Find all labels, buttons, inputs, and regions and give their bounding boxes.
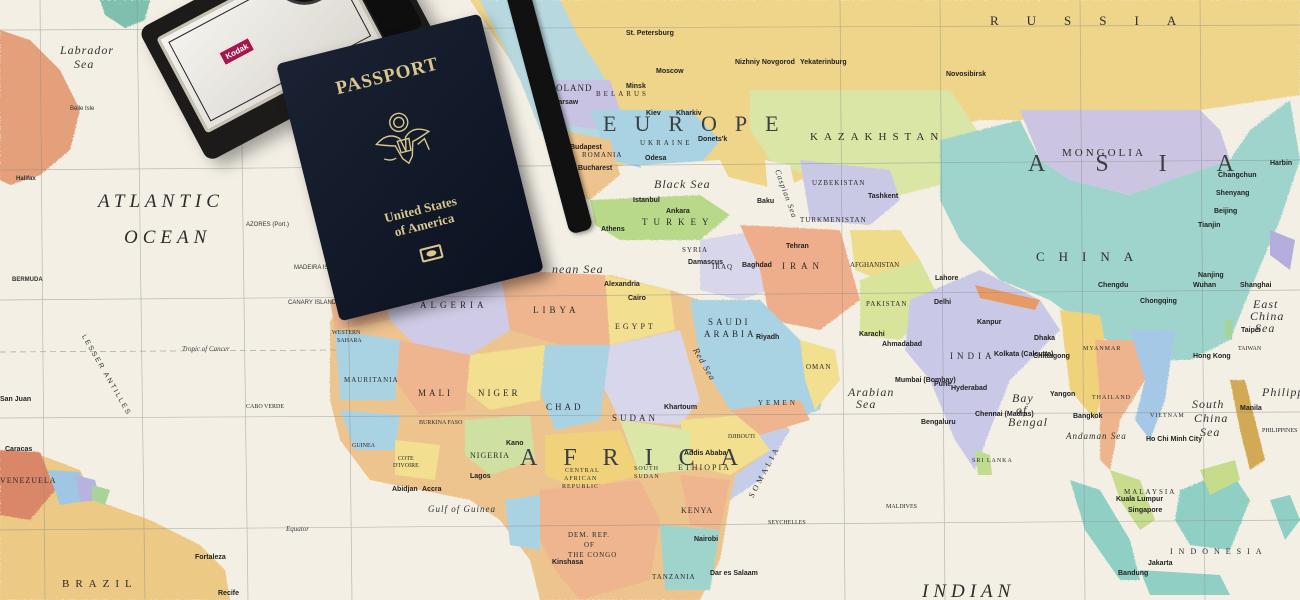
- country-burkina-faso: BURKINA FASO: [419, 420, 462, 426]
- city-chittagong: Chittagong: [1033, 353, 1070, 360]
- country-romania: ROMANIA: [582, 152, 622, 159]
- labrador-sea-label-2: Sea: [74, 58, 94, 70]
- city-karachi: Karachi: [859, 331, 885, 338]
- atlantic-ocean-label: ATLANTIC: [98, 192, 224, 211]
- country-china: CHINA: [1036, 250, 1147, 263]
- city-shanghai: Shanghai: [1240, 282, 1272, 289]
- city-chongqing: Chongqing: [1140, 298, 1177, 305]
- city-nanjing: Nanjing: [1198, 272, 1224, 279]
- city-kanpur: Kanpur: [977, 319, 1002, 326]
- city-lahore: Lahore: [935, 275, 958, 282]
- city-addis-ababa: Addis Ababa: [684, 450, 727, 457]
- city-recife: Recife: [218, 590, 239, 597]
- city-odesa: Odesa: [645, 155, 666, 162]
- country-drc-3: THE CONGO: [568, 552, 617, 559]
- country-car-3: REPUBLIC: [562, 484, 599, 490]
- city-beijing: Beijing: [1214, 208, 1237, 215]
- country-djibouti: DJIBOUTI: [728, 434, 755, 440]
- city-nairobi: Nairobi: [694, 536, 718, 543]
- city-bengaluru: Bengaluru: [921, 419, 956, 426]
- philippine-sea-label: Philipp: [1262, 386, 1300, 398]
- south-china-sea-label-3: Sea: [1200, 426, 1220, 438]
- city-budapest: Budapest: [570, 144, 602, 151]
- city-khartoum: Khartoum: [664, 404, 697, 411]
- country-seychelles: SEYCHELLES: [768, 520, 806, 526]
- country-pakistan: PAKISTAN: [866, 301, 907, 308]
- arabian-sea-label-2: Sea: [856, 398, 876, 410]
- city-moscow: Moscow: [656, 68, 684, 75]
- gulf-of-guinea-label: Gulf of Guinea: [428, 505, 496, 514]
- country-saudi-arabia-2: ARABIA: [704, 330, 757, 339]
- equator-label: Equator: [286, 526, 309, 533]
- azores-label: AZORES (Port.): [246, 222, 289, 228]
- atlantic-ocean-label-2: OCEAN: [124, 228, 211, 247]
- country-cote-divoire: COTE: [398, 456, 414, 462]
- city-istanbul: Istanbul: [633, 197, 660, 204]
- belle-isle-label: Belle Isle: [70, 106, 94, 112]
- mediterranean-sea-label: nean Sea: [552, 263, 604, 275]
- country-sri-lanka: SRI LANKA: [972, 458, 1013, 464]
- city-st-petersburg: St. Petersburg: [626, 30, 674, 37]
- city-kharkiv: Kharkiv: [676, 110, 702, 117]
- city-fortaleza: Fortaleza: [195, 554, 226, 561]
- city-singapore: Singapore: [1128, 507, 1162, 514]
- city-ankara: Ankara: [666, 208, 690, 215]
- city-kano: Kano: [506, 440, 524, 447]
- passport-country: United States of America: [317, 177, 529, 259]
- country-south-sudan-2: SUDAN: [634, 474, 660, 480]
- country-malaysia: MALAYSIA: [1124, 489, 1176, 496]
- south-china-sea-label: South: [1192, 398, 1224, 410]
- city-harbin: Harbin: [1270, 160, 1292, 167]
- city-nizhniy-novgorod: Nizhniy Novgorod: [735, 59, 795, 66]
- country-western-sahara-2: SAHARA: [337, 338, 362, 344]
- city-dhaka: Dhaka: [1034, 335, 1055, 342]
- map-photo: ATLANTIC OCEAN INDIAN Labrador Sea Black…: [0, 0, 1300, 600]
- country-western-sahara: WESTERN: [332, 330, 360, 336]
- country-cabo-verde: CABO VERDE: [246, 404, 284, 410]
- country-yemen: YEMEN: [758, 400, 798, 407]
- country-sudan: SUDAN: [612, 414, 658, 423]
- city-bucharest: Bucharest: [578, 165, 612, 172]
- andaman-sea-label: Andaman Sea: [1066, 432, 1127, 441]
- city-abidjan: Abidjan: [392, 486, 418, 493]
- city-yekaterinburg: Yekaterinburg: [800, 59, 847, 66]
- city-chengdu: Chengdu: [1098, 282, 1128, 289]
- country-philippines: PHILIPPINES: [1262, 428, 1297, 434]
- country-syria: SYRIA: [682, 247, 708, 254]
- city-tianjin: Tianjin: [1198, 222, 1220, 229]
- country-mongolia: MONGOLIA: [1062, 148, 1146, 159]
- country-ukraine: UKRAINE: [640, 140, 693, 147]
- city-novosibirsk: Novosibirsk: [946, 71, 986, 78]
- city-yangon: Yangon: [1050, 391, 1075, 398]
- country-niger: NIGER: [478, 389, 521, 398]
- country-cote-divoire-2: D'IVOIRE: [393, 463, 419, 469]
- city-shenyang: Shenyang: [1216, 190, 1249, 197]
- country-saudi-arabia: SAUDI: [708, 318, 751, 327]
- eagle-seal-icon: [363, 101, 443, 181]
- city-lagos: Lagos: [470, 473, 491, 480]
- country-uzbekistan: UZBEKISTAN: [812, 180, 865, 187]
- black-sea-label: Black Sea: [654, 178, 711, 190]
- country-russia: RUSSIA: [990, 14, 1204, 27]
- country-car: CENTRAL: [565, 468, 600, 474]
- city-kinshasa: Kinshasa: [552, 559, 583, 566]
- city-delhi: Delhi: [934, 299, 951, 306]
- city-cairo: Cairo: [628, 295, 646, 302]
- city-baku: Baku: [757, 198, 774, 205]
- country-mauritania: MAURITANIA: [344, 377, 399, 384]
- country-turkmenistan: TURKMENISTAN: [800, 217, 867, 224]
- country-mali: MALI: [418, 389, 453, 398]
- city-donetsk: Donets'k: [698, 136, 727, 143]
- country-chad: CHAD: [546, 403, 584, 412]
- city-tehran: Tehran: [786, 243, 809, 250]
- country-venezuela: VENEZUELA: [0, 477, 57, 485]
- country-south-sudan: SOUTH: [634, 466, 659, 472]
- country-thailand: THAILAND: [1092, 395, 1131, 401]
- country-indonesia: INDONESIA: [1170, 548, 1268, 556]
- labrador-sea-label: Labrador: [60, 44, 114, 56]
- indian-ocean-label: INDIAN: [922, 582, 1015, 600]
- city-san-juan: San Juan: [0, 396, 31, 403]
- country-libya: LIBYA: [533, 306, 580, 315]
- country-maldives: MALDIVES: [886, 504, 917, 510]
- country-algeria: ALGERIA: [420, 301, 488, 310]
- city-baghdad: Baghdad: [742, 262, 772, 269]
- city-ho-chi-minh: Ho Chi Minh City: [1146, 436, 1202, 443]
- country-oman: OMAN: [806, 364, 831, 371]
- country-guinea: GUINEA: [352, 443, 375, 449]
- city-hyderabad: Hyderabad: [951, 385, 987, 392]
- country-vietnam: VIETNAM: [1150, 413, 1185, 419]
- country-india: INDIA: [950, 352, 996, 361]
- country-kazakhstan: KAZAKHSTAN: [810, 132, 944, 143]
- country-drc: DEM. REP.: [568, 532, 610, 539]
- country-afghanistan: AFGHANISTAN: [850, 262, 899, 269]
- country-egypt: EGYPT: [615, 323, 656, 331]
- country-nigeria: NIGERIA: [470, 452, 510, 460]
- city-riyadh: Riyadh: [756, 334, 779, 341]
- country-tanzania: TANZANIA: [652, 574, 696, 581]
- city-jakarta: Jakarta: [1148, 560, 1173, 567]
- city-wuhan: Wuhan: [1193, 282, 1216, 289]
- country-brazil: BRAZIL: [62, 579, 138, 590]
- country-kenya: KENYA: [681, 507, 713, 515]
- biometric-chip-icon: [419, 244, 444, 263]
- country-taiwan: TAIWAN: [1238, 346, 1261, 352]
- city-chennai: Chennai (Madras): [975, 411, 1034, 418]
- city-ahmadabad: Ahmadabad: [882, 341, 922, 348]
- south-china-sea-label-2: China: [1194, 412, 1228, 424]
- city-manila: Manila: [1240, 405, 1262, 412]
- city-bandung: Bandung: [1118, 570, 1148, 577]
- city-kuala-lumpur: Kuala Lumpur: [1116, 496, 1163, 503]
- city-minsk: Minsk: [626, 83, 646, 90]
- city-bangkok: Bangkok: [1073, 413, 1103, 420]
- country-belarus: BELARUS: [596, 91, 649, 98]
- city-alexandria: Alexandria: [604, 281, 640, 288]
- city-pune: Pune: [934, 381, 951, 388]
- city-tashkent: Tashkent: [868, 193, 898, 200]
- city-athens: Athens: [601, 226, 625, 233]
- city-caracas: Caracas: [5, 446, 32, 453]
- city-hong-kong: Hong Kong: [1193, 353, 1231, 360]
- city-accra: Accra: [422, 486, 441, 493]
- city-dar-es-salaam: Dar es Salaam: [710, 570, 758, 577]
- halifax-label: Halifax: [16, 176, 36, 182]
- city-taipei: Taipei: [1241, 327, 1261, 334]
- country-turkey: TURKEY: [642, 218, 715, 227]
- country-myanmar: MYANMAR: [1083, 346, 1121, 352]
- country-drc-2: OF: [584, 542, 595, 549]
- city-changchun: Changchun: [1218, 172, 1257, 179]
- country-ethiopia: ETHIOPIA: [678, 464, 731, 472]
- city-damascus: Damascus: [688, 259, 723, 266]
- city-kiev: Kiev: [646, 110, 661, 117]
- tropic-of-cancer-label: Tropic of Cancer: [182, 346, 230, 353]
- bermuda-label: BERMUDA: [12, 277, 43, 283]
- country-car-2: AFRICAN: [564, 476, 597, 482]
- country-iran: IRAN: [782, 262, 824, 271]
